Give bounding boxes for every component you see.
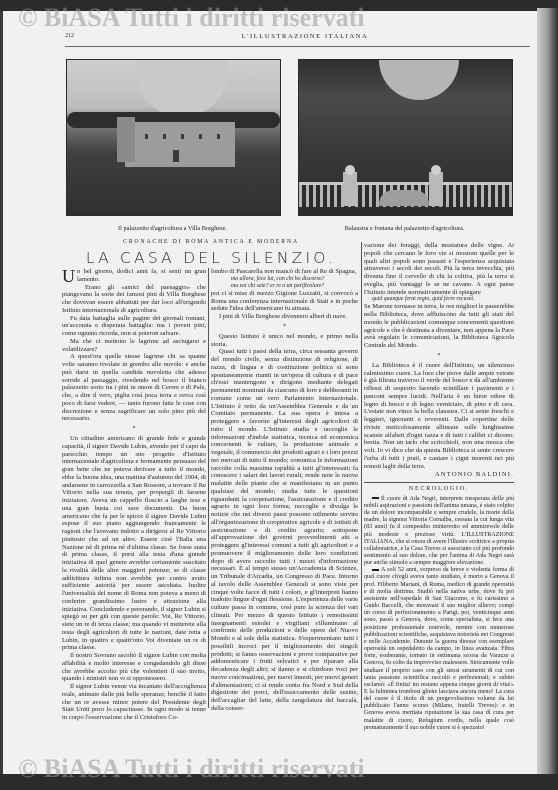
- column-rule: [361, 242, 362, 708]
- article-headline: LA CASA DEL SILENZIO.: [66, 249, 356, 267]
- article-paragraph: Questo Istituto è unico nel mondo, e pri…: [211, 333, 358, 349]
- article-paragraph: Il signor Lubin venne via incantato dell…: [62, 683, 206, 722]
- necrology-heading: NECROLOGIO.: [364, 486, 514, 494]
- article-paragraph: Fu data battaglia sulle pagine dei giorn…: [62, 315, 206, 338]
- article-paragraph: lombo di Pascarella non mancò di fare al…: [211, 268, 358, 276]
- photo-finial-right: [431, 165, 441, 175]
- author-signature: ANTONIO BALDINI.: [364, 471, 514, 479]
- article-paragraph: Il nostro Sovrano ascoltò il signor Lubi…: [62, 652, 206, 683]
- dash-marker-icon: [372, 497, 379, 499]
- latin-quote: quid quaeque ferat regio, quid ferre rec…: [364, 296, 514, 303]
- photo-balustrade-fountain: [298, 59, 513, 216]
- running-header: 212 L'ILLUSTRAZIONE ITALIANA: [65, 33, 530, 45]
- photo-building: [125, 122, 235, 167]
- section-separator: *: [62, 423, 206, 435]
- drop-cap: U: [62, 269, 75, 284]
- photo-pillar-right: [429, 172, 443, 206]
- photo-pillar-left: [343, 172, 357, 206]
- page-number: 212: [65, 33, 74, 39]
- article-kicker: CRONACHE DI ROMA ANTICA E MODERNA: [66, 239, 356, 245]
- section-separator: *: [364, 350, 514, 362]
- dash-marker-icon: [372, 569, 379, 571]
- article-paragraph: Se Marone tornasse in terra, le ore migl…: [364, 303, 514, 350]
- necrology-paragraph: Il cuore di Ada Negri, interprete inespe…: [364, 496, 514, 568]
- copyright-watermark-top: © BiASA Tutti i diritti riservati: [18, 3, 365, 33]
- article-column-3: vazione dei foraggi, della mostatura del…: [364, 242, 514, 732]
- column-rule: [208, 268, 209, 708]
- article-paragraph: I pini di Villa Borghese divennero alber…: [211, 313, 358, 321]
- page-edge-shadow: [537, 8, 558, 782]
- photo-building-wing: [117, 117, 135, 162]
- photo-palazzetto-villa-borghese: [66, 59, 281, 216]
- photo-caption-right: Balaustra e fontana del palazzetto d'agr…: [298, 225, 511, 232]
- article-paragraph: La Biblioteca è il cuore dell'Istituto, …: [364, 362, 514, 471]
- photo-sky: [379, 60, 459, 100]
- article-paragraph: Un bel giorno, dodici anni fa, si sentì …: [62, 268, 206, 284]
- photo-sky: [137, 60, 227, 115]
- magazine-title: L'ILLUSTRAZIONE ITALIANA: [205, 33, 405, 40]
- verse-line: ma voi chi sete? er re o un parificolare…: [211, 283, 358, 290]
- article-paragraph: Ma che ci mettono le lagrime ad asciugar…: [62, 338, 206, 354]
- article-paragraph: vazione dei foraggi, della mostatura del…: [364, 242, 514, 296]
- article-column-2: lombo di Pascarella non mancò di fare al…: [211, 268, 358, 713]
- article-paragraph: Erano gli «amici del paesaggio» che pian…: [62, 284, 206, 315]
- article-paragraph: poi ci si mise di mezzo Gigione Luzzatti…: [211, 290, 358, 313]
- verse-line: ma allora, fece lui, con chi ho discorso…: [211, 276, 358, 283]
- photo-finial-left: [345, 165, 355, 175]
- necrology-paragraph: A soli 52 anni, sorpreso da breve e viol…: [364, 567, 514, 732]
- section-divider: [364, 482, 514, 483]
- photo-caption-left: Il palazzetto d'agricoltura a Villa Borg…: [66, 225, 279, 232]
- article-column-1: Un bel giorno, dodici anni fa, si sentì …: [62, 268, 206, 722]
- article-paragraph: Quasi tutti i paesi della terra, circa s…: [211, 348, 358, 712]
- copyright-watermark-bottom: © BiASA Tutti i diritti riservati: [18, 754, 365, 784]
- header-rule: [65, 46, 530, 47]
- article-paragraph: Un cittadino americano di grande fede e …: [62, 435, 206, 652]
- article-paragraph: A quest'ora quelle stesse lagrime chi sa…: [62, 353, 206, 423]
- section-separator: *: [211, 321, 358, 333]
- photo-fountain: [379, 190, 429, 206]
